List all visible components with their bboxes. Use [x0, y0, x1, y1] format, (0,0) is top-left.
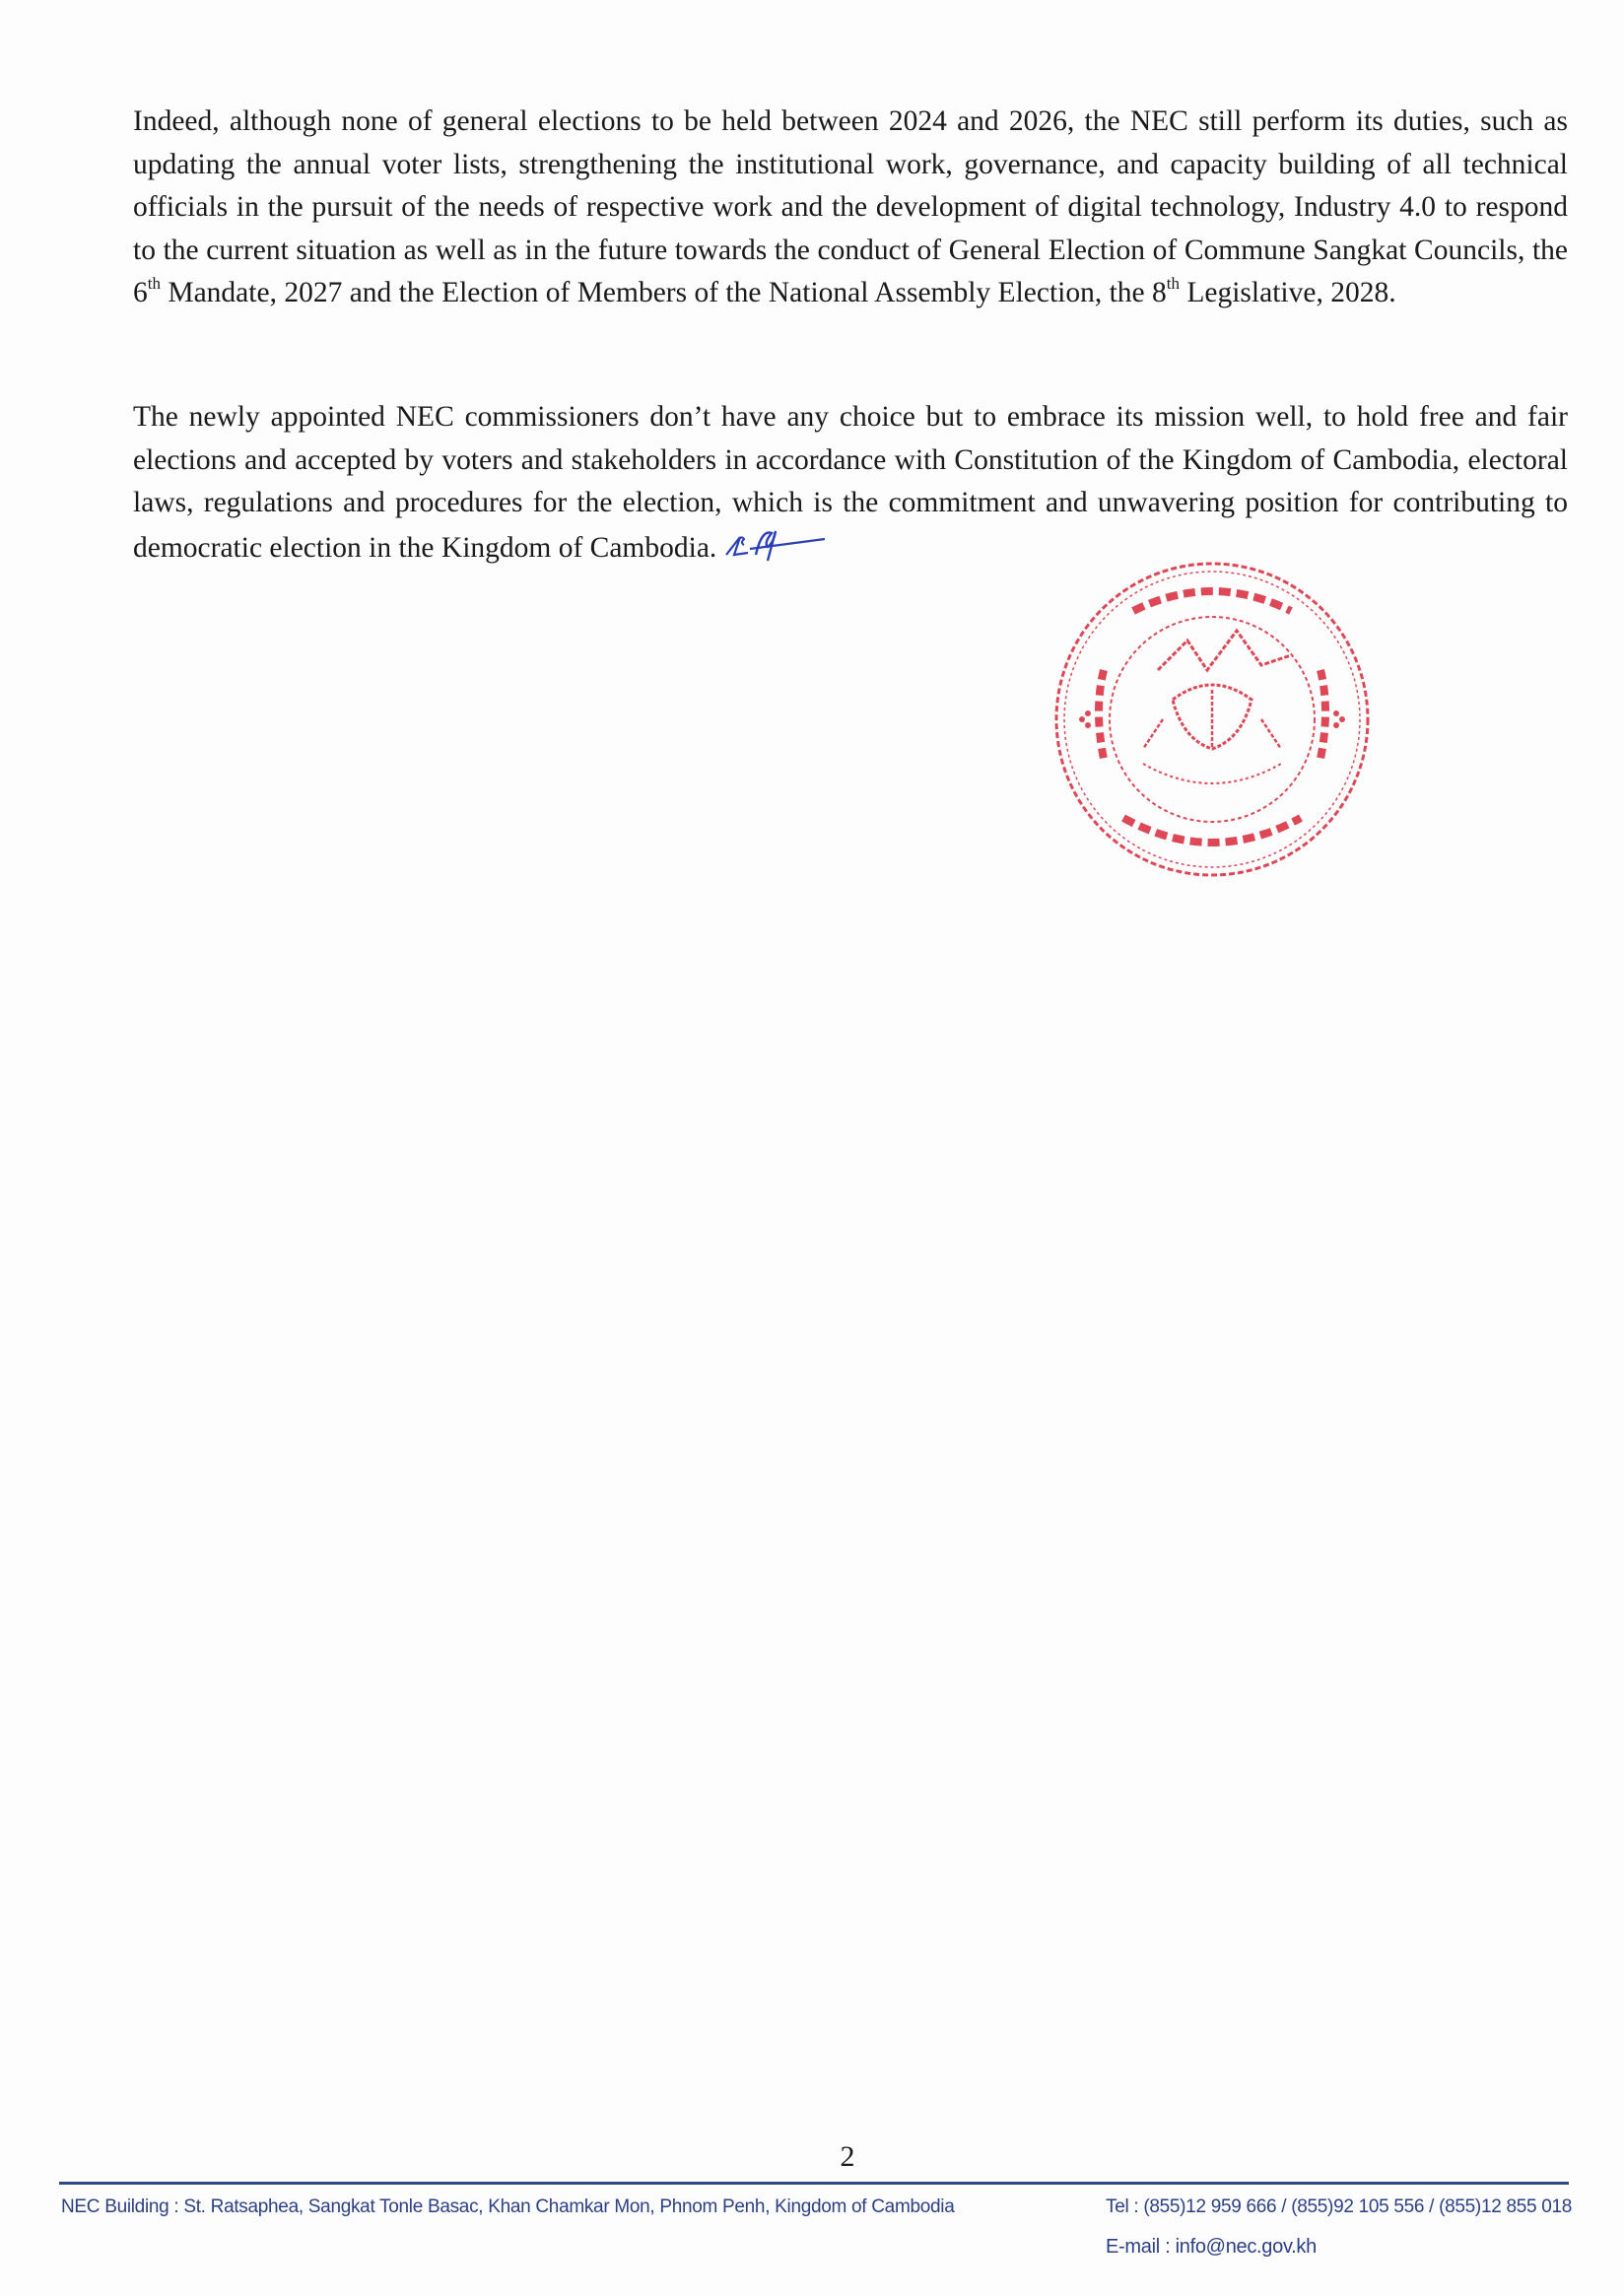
paragraph-2-text: The newly appointed NEC commissioners do… — [133, 401, 1568, 564]
footer-email[interactable]: E-mail : info@nec.gov.kh — [1106, 2236, 1317, 2259]
footer-phone: Tel : (855)12 959 666 / (855)92 105 556 … — [1106, 2196, 1572, 2218]
paragraph-1-text-c: Legislative, 2028. — [1180, 277, 1396, 308]
superscript-th: th — [148, 274, 161, 293]
paragraph-1: Indeed, although none of general electio… — [133, 101, 1568, 315]
paragraph-1-text-b: Mandate, 2027 and the Election of Member… — [161, 277, 1167, 308]
nec-seal-stamp-icon — [1045, 552, 1380, 887]
superscript-th: th — [1167, 274, 1180, 293]
signature-icon — [720, 525, 829, 565]
footer-divider — [59, 2182, 1569, 2185]
footer-address: NEC Building : St. Ratsaphea, Sangkat To… — [61, 2196, 954, 2218]
paragraph-2: The newly appointed NEC commissioners do… — [133, 396, 1568, 570]
page-number: 2 — [0, 2140, 1624, 2174]
